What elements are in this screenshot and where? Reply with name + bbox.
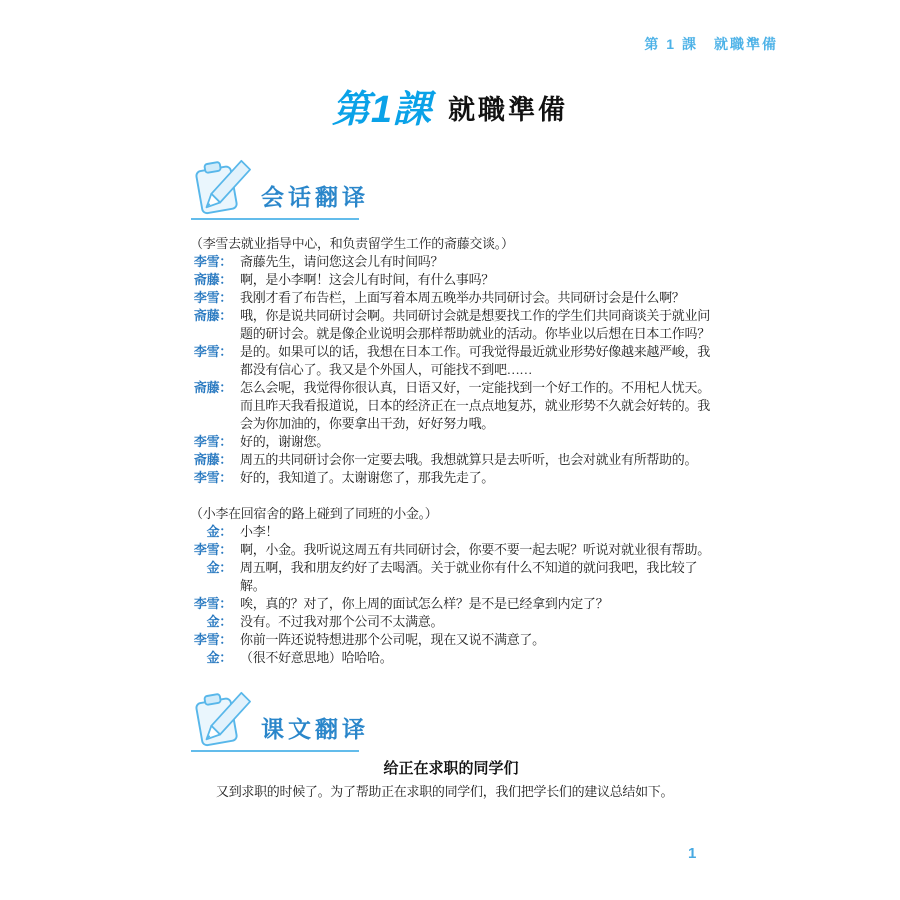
speech-text: 周五的共同研讨会你一定要去哦。我想就算只是去听听，也会对就业有所帮助的。 [240,451,712,469]
stage-direction: （李雪去就业指导中心，和负责留学生工作的斋藤交谈。） [190,235,712,253]
speaker-name: 金： [190,559,232,595]
speech-text: 是的。如果可以的话，我想在日本工作。可我觉得最近就业形势好像越来越严峻，我都没有… [240,343,712,379]
section-header-text-translation: 课文翻译 [191,690,359,752]
speaker-name: 李雪： [190,433,232,451]
dialogue-line: 李雪：好的，谢谢您。 [190,433,712,451]
dialogue-line: 斋藤：怎么会呢，我觉得你很认真，日语又好，一定能找到一个好工作的。不用杞人忧天。… [190,379,712,433]
speaker-name: 金： [190,613,232,631]
speech-text: 好的，我知道了。太谢谢您了，那我先走了。 [240,469,712,487]
dialogue-line: 斋藤：啊，是小李啊！这会儿有时间，有什么事吗？ [190,271,712,289]
dialogue-1: （李雪去就业指导中心，和负责留学生工作的斋藤交谈。）李雪：斋藤先生，请问您这会儿… [190,235,712,487]
textbook-page: 第 1 課 就職準備 第1課就職準備 会话翻译 （李雪去就业指导中心，和负责留学… [0,0,900,900]
section-header-dialogue-translation: 会话翻译 [191,158,359,220]
speaker-name: 李雪： [190,541,232,559]
speaker-name: 金： [190,523,232,541]
dialogue-line: 李雪：我刚才看了布告栏，上面写着本周五晚举办共同研讨会。共同研讨会是什么啊？ [190,289,712,307]
dialogue-line: 斋藤：哦，你是说共同研讨会啊。共同研讨会就是想要找工作的学生们共同商谈关于就业问… [190,307,712,343]
speech-text: 小李！ [240,523,712,541]
dialogue-line: 金：小李！ [190,523,712,541]
speech-text: 哦，你是说共同研讨会啊。共同研讨会就是想要找工作的学生们共同商谈关于就业问题的研… [240,307,712,343]
speaker-name: 李雪： [190,631,232,649]
dialogue-line: 李雪：唉，真的？对了，你上周的面试怎么样？是不是已经拿到内定了？ [190,595,712,613]
lesson-topic: 就職準備 [448,95,568,125]
speech-text: 啊，小金。我听说这周五有共同研讨会，你要不要一起去呢？听说对就业很有帮助。 [240,541,712,559]
speaker-name: 李雪： [190,469,232,487]
speech-text: 周五啊，我和朋友约好了去喝酒。关于就业你有什么不知道的就问我吧，我比较了解。 [240,559,712,595]
speech-text: 怎么会呢，我觉得你很认真，日语又好，一定能找到一个好工作的。不用杞人忧天。而且昨… [240,379,712,433]
speaker-name: 李雪： [190,343,232,379]
speech-text: 啊，是小李啊！这会儿有时间，有什么事吗？ [240,271,712,289]
speaker-name: 李雪： [190,595,232,613]
speech-text: 我刚才看了布告栏，上面写着本周五晚举办共同研讨会。共同研讨会是什么啊？ [240,289,712,307]
dialogue-line: 李雪：是的。如果可以的话，我想在日本工作。可我觉得最近就业形势好像越来越严峻，我… [190,343,712,379]
speech-text: 你前一阵还说特想进那个公司呢，现在又说不满意了。 [240,631,712,649]
page-number: 1 [688,845,696,862]
speaker-name: 斋藤： [190,379,232,433]
dialogue-line: 金：没有。不过我对那个公司不太满意。 [190,613,712,631]
stage-direction: （小李在回宿舍的路上碰到了同班的小金。） [190,505,712,523]
speech-text: （很不好意思地）哈哈哈。 [240,649,712,667]
clipboard-pencil-icon [191,690,253,748]
dialogue-line: 李雪：你前一阵还说特想进那个公司呢，现在又说不满意了。 [190,631,712,649]
lesson-number: 第1課 [332,89,432,131]
speech-text: 好的，谢谢您。 [240,433,712,451]
speaker-name: 李雪： [190,253,232,271]
speaker-name: 斋藤： [190,451,232,469]
dialogue-line: 李雪：好的，我知道了。太谢谢您了，那我先走了。 [190,469,712,487]
speaker-name: 金： [190,649,232,667]
dialogue-line: 斋藤：周五的共同研讨会你一定要去哦。我想就算只是去听听，也会对就业有所帮助的。 [190,451,712,469]
dialogue-2: （小李在回宿舍的路上碰到了同班的小金。）金：小李！李雪：啊，小金。我听说这周五有… [190,505,712,667]
speaker-name: 斋藤： [190,271,232,289]
dialogue-line: 李雪：斋藤先生，请问您这会儿有时间吗？ [190,253,712,271]
section-title: 课文翻译 [261,711,369,744]
speaker-name: 李雪： [190,289,232,307]
speech-text: 唉，真的？对了，你上周的面试怎么样？是不是已经拿到内定了？ [240,595,712,613]
clipboard-pencil-icon [191,158,253,216]
dialogue-line: 李雪：啊，小金。我听说这周五有共同研讨会，你要不要一起去呢？听说对就业很有帮助。 [190,541,712,559]
dialogue-line: 金：（很不好意思地）哈哈哈。 [190,649,712,667]
lesson-title: 第1課就職準備 [0,78,900,133]
speech-text: 斋藤先生，请问您这会儿有时间吗？ [240,253,712,271]
speaker-name: 斋藤： [190,307,232,343]
speech-text: 没有。不过我对那个公司不太满意。 [240,613,712,631]
dialogue-line: 金：周五啊，我和朋友约好了去喝酒。关于就业你有什么不知道的就问我吧，我比较了解。 [190,559,712,595]
running-header: 第 1 課 就職準備 [644,34,778,54]
section-title: 会话翻译 [261,179,369,212]
translation-heading: 给正在求职的同学们 [190,757,712,778]
translation-paragraph: 又到求职的时候了。为了帮助正在求职的同学们，我们把学长们的建议总结如下。 [190,783,712,801]
